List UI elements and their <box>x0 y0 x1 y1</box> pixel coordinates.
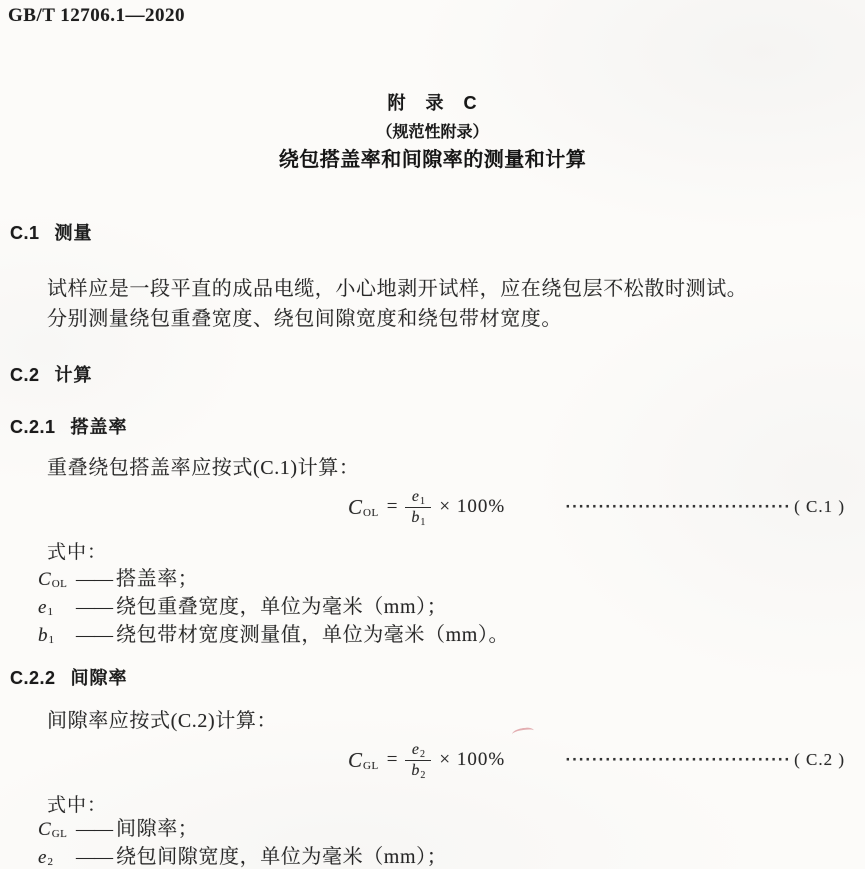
formula-c2-label: ( C.2 ) <box>794 750 845 770</box>
formula-c2-lhs-subscript: GL <box>363 761 379 772</box>
formula-c1-denominator-symbol: b <box>411 510 419 526</box>
formula-c2-denominator-symbol: b <box>411 763 419 779</box>
c1-paragraph-2: 分别测量绕包重叠宽度、绕包间隙宽度和绕包带材宽度。 <box>47 302 562 331</box>
c22-def1-symbol-main: C <box>38 820 51 839</box>
formula-c2-numerator-symbol: e <box>412 742 419 758</box>
c21-definition-col: COL —— 搭盖率； <box>38 562 198 591</box>
section-c2-heading: C.2计算 <box>10 361 93 387</box>
formula-c1-numerator: e1 <box>406 487 431 507</box>
c21-def1-symbol-sub: OL <box>52 579 68 590</box>
formula-c1-label: ( C.1 ) <box>794 497 845 517</box>
c22-def2-dash: —— <box>76 847 112 869</box>
formula-c1-numerator-subscript: 1 <box>420 497 425 507</box>
document-page: GB/T 12706.1—2020 附 录 C （规范性附录） 绕包搭盖率和间隙… <box>0 0 865 869</box>
section-c21-title: 搭盖率 <box>71 417 128 437</box>
formula-c1-fraction: e1 b1 <box>405 487 431 528</box>
formula-c2-dot-leader: ·································· <box>565 753 791 768</box>
formula-c1-lhs: COL <box>348 497 379 518</box>
c21-where-label: 式中： <box>47 537 107 564</box>
section-c1-heading: C.1测量 <box>10 219 93 245</box>
formula-c2-denominator-subscript: 2 <box>420 771 425 781</box>
c21-def2-symbol-main: e <box>38 598 46 617</box>
c22-def2-symbol-main: e <box>38 848 46 867</box>
section-c21-number: C.2.1 <box>10 417 56 437</box>
c21-def1-symbol-main: C <box>38 570 51 589</box>
c22-def2-symbol: e2 <box>38 848 76 867</box>
c21-definition-b1: b1 —— 绕包带材宽度测量值，单位为毫米（mm）。 <box>38 618 509 647</box>
formula-c2-expression: CGL = e2 b2 × 100% <box>348 740 505 781</box>
c1-paragraph-1: 试样应是一段平直的成品电缆，小心地剥开试样，应在绕包层不松散时测试。 <box>47 272 747 301</box>
c21-def1-description: 搭盖率； <box>116 562 198 591</box>
c22-definition-e2: e2 —— 绕包间隙宽度，单位为毫米（mm）； <box>38 840 447 869</box>
c21-def2-symbol-sub: 1 <box>47 607 53 618</box>
formula-c2-numerator: e2 <box>406 740 431 760</box>
c21-def1-dash: —— <box>76 569 112 591</box>
c21-def3-dash: —— <box>76 625 112 647</box>
section-c21-heading: C.2.1搭盖率 <box>10 413 128 439</box>
doc-number: GB/T 12706.1—2020 <box>8 5 185 27</box>
appendix-subtitle: （规范性附录） <box>0 119 865 142</box>
formula-c2-lhs-symbol: C <box>348 750 362 771</box>
formula-c2-denominator: b2 <box>405 760 431 781</box>
section-c2-number: C.2 <box>10 365 40 385</box>
formula-c1-lhs-subscript: OL <box>363 508 379 519</box>
section-c22-number: C.2.2 <box>10 668 56 688</box>
formula-c1-equals: = <box>387 496 398 518</box>
formula-c1-row: COL = e1 b1 × 100% ·····················… <box>348 478 845 536</box>
c21-definition-e1: e1 —— 绕包重叠宽度，单位为毫米（mm）； <box>38 590 447 619</box>
c21-def3-symbol-sub: 1 <box>49 635 55 646</box>
formula-c2-multiplier: × 100% <box>439 749 505 771</box>
section-c1-number: C.1 <box>10 223 40 243</box>
c22-intro: 间隙率应按式(C.2)计算： <box>47 704 277 733</box>
c22-def1-symbol-sub: GL <box>52 829 68 840</box>
formula-c2-row: CGL = e2 b2 × 100% ·····················… <box>348 731 845 789</box>
c22-def1-description: 间隙率； <box>116 812 198 841</box>
section-c2-title: 计算 <box>55 365 93 385</box>
c22-def1-dash: —— <box>76 819 112 841</box>
formula-c2-numerator-subscript: 2 <box>420 750 425 760</box>
formula-c1-expression: COL = e1 b1 × 100% <box>348 487 505 528</box>
formula-c1-denominator: b1 <box>405 507 431 528</box>
c22-def2-symbol-sub: 2 <box>47 857 53 868</box>
section-c1-title: 测量 <box>55 223 93 243</box>
c21-intro: 重叠绕包搭盖率应按式(C.1)计算： <box>47 451 359 480</box>
c21-def2-description: 绕包重叠宽度，单位为毫米（mm）； <box>116 590 447 619</box>
c21-def3-symbol: b1 <box>38 626 76 645</box>
formula-c2-leader: ·································· ( C.2… <box>565 750 845 770</box>
section-c22-title: 间隙率 <box>71 668 128 688</box>
appendix-heading: 绕包搭盖率和间隙率的测量和计算 <box>0 143 865 172</box>
formula-c1-leader: ·································· ( C.1… <box>565 497 845 517</box>
section-c22-heading: C.2.2间隙率 <box>10 664 128 690</box>
c22-def2-description: 绕包间隙宽度，单位为毫米（mm）； <box>116 840 447 869</box>
c21-def3-symbol-main: b <box>38 626 48 645</box>
appendix-title: 附 录 C <box>0 89 865 115</box>
formula-c1-dot-leader: ·································· <box>565 500 791 515</box>
formula-c2-equals: = <box>387 749 398 771</box>
c22-definition-cgl: CGL —— 间隙率； <box>38 812 198 841</box>
formula-c2-fraction: e2 b2 <box>405 740 431 781</box>
formula-c1-denominator-subscript: 1 <box>420 518 425 528</box>
c21-def2-dash: —— <box>76 597 112 619</box>
c21-def1-symbol: COL <box>38 570 76 589</box>
c21-def3-description: 绕包带材宽度测量值，单位为毫米（mm）。 <box>116 618 509 647</box>
formula-c2-lhs: CGL <box>348 750 379 771</box>
c21-def2-symbol: e1 <box>38 598 76 617</box>
formula-c1-multiplier: × 100% <box>439 496 505 518</box>
formula-c1-numerator-symbol: e <box>412 489 419 505</box>
formula-c1-lhs-symbol: C <box>348 497 362 518</box>
c22-def1-symbol: CGL <box>38 820 76 839</box>
